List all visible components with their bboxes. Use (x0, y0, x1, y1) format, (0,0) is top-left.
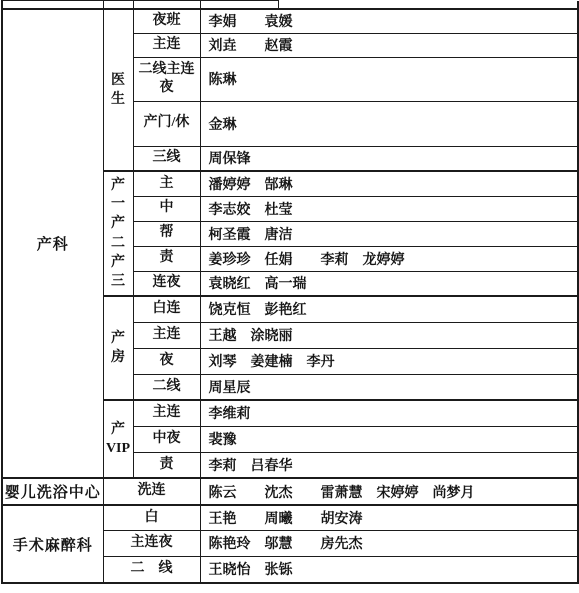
staff-cell: 李维莉 (200, 400, 578, 426)
shift-cell: 责 (133, 246, 200, 271)
shift-cell: 中 (133, 196, 200, 221)
staff-cell: 潘婷婷 郜琳 (200, 171, 578, 196)
cutoff-cell (2, 1, 103, 10)
staff-cell: 饶克恒 彭艳红 (200, 296, 578, 322)
shift-cell: 责 (133, 452, 200, 478)
staff-cell: 李娟 袁媛 (200, 9, 578, 33)
staff-cell: 王晓怡 张铄 (200, 556, 578, 583)
shift-cell: 连夜 (133, 271, 200, 296)
staff-cell: 陈艳玲 邬慧 房先杰 (200, 530, 578, 556)
staff-cell: 刘琴 姜建楠 李丹 (200, 348, 578, 374)
shift-cell: 三线 (133, 146, 200, 171)
department-cell: 手术麻醉科 (2, 505, 103, 583)
group-label-cell: 医 生 (103, 9, 133, 171)
staff-cell: 王艳 周曦 胡安涛 (200, 505, 578, 530)
shift-cell: 二线 (133, 374, 200, 400)
table-row: 手术麻醉科 白 王艳 周曦 胡安涛 (2, 505, 578, 530)
group-label-cell: 产 房 (103, 296, 133, 400)
shift-cell: 主连 (133, 33, 200, 57)
shift-cell: 白连 (133, 296, 200, 322)
shift-cell: 主连夜 (103, 530, 200, 556)
group-label-cell: 产 一 产 二 产 三 (103, 171, 133, 296)
duty-roster-table: 产科 医 生 夜班 李娟 袁媛 主连 刘垚 赵霞 二线主连夜 陈琳 产门/休 金… (1, 0, 579, 584)
staff-cell: 周星辰 (200, 374, 578, 400)
staff-cell: 陈琳 (200, 57, 578, 101)
cutoff-cell (133, 1, 200, 10)
staff-cell: 陈云 沈杰 雷萧慧 宋婷婷 尚梦月 (200, 478, 578, 505)
staff-cell: 刘垚 赵霞 (200, 33, 578, 57)
cutoff-cell (200, 1, 278, 10)
table-row: 产科 医 生 夜班 李娟 袁媛 (2, 9, 578, 33)
staff-cell: 李志姣 杜莹 (200, 196, 578, 221)
duty-roster-sheet: 产科 医 生 夜班 李娟 袁媛 主连 刘垚 赵霞 二线主连夜 陈琳 产门/休 金… (0, 0, 579, 593)
group-label-cell: 产 VIP (103, 400, 133, 478)
shift-cell: 中夜 (133, 426, 200, 452)
staff-cell: 王越 涂晓丽 (200, 322, 578, 348)
shift-cell: 帮 (133, 221, 200, 246)
staff-cell: 袁晓红 高一瑞 (200, 271, 578, 296)
shift-cell: 夜班 (133, 9, 200, 33)
staff-cell: 李莉 吕春华 (200, 452, 578, 478)
cutoff-cell (278, 1, 578, 10)
department-cell: 婴儿洗浴中心 (2, 478, 103, 505)
staff-cell: 姜珍珍 任娟 李莉 龙婷婷 (200, 246, 578, 271)
shift-cell: 洗连 (103, 478, 200, 505)
cutoff-row (2, 1, 578, 10)
shift-cell: 主 (133, 171, 200, 196)
table-row: 婴儿洗浴中心 洗连 陈云 沈杰 雷萧慧 宋婷婷 尚梦月 (2, 478, 578, 505)
shift-cell: 主连 (133, 400, 200, 426)
cutoff-cell (103, 1, 133, 10)
shift-cell: 产门/休 (133, 101, 200, 146)
staff-cell: 柯圣霞 唐洁 (200, 221, 578, 246)
shift-cell: 主连 (133, 322, 200, 348)
staff-cell: 金琳 (200, 101, 578, 146)
shift-cell: 二 线 (103, 556, 200, 583)
staff-cell: 周保锋 (200, 146, 578, 171)
shift-cell: 白 (103, 505, 200, 530)
shift-cell: 二线主连夜 (133, 57, 200, 101)
shift-cell: 夜 (133, 348, 200, 374)
department-cell: 产科 (2, 9, 103, 478)
staff-cell: 裴豫 (200, 426, 578, 452)
